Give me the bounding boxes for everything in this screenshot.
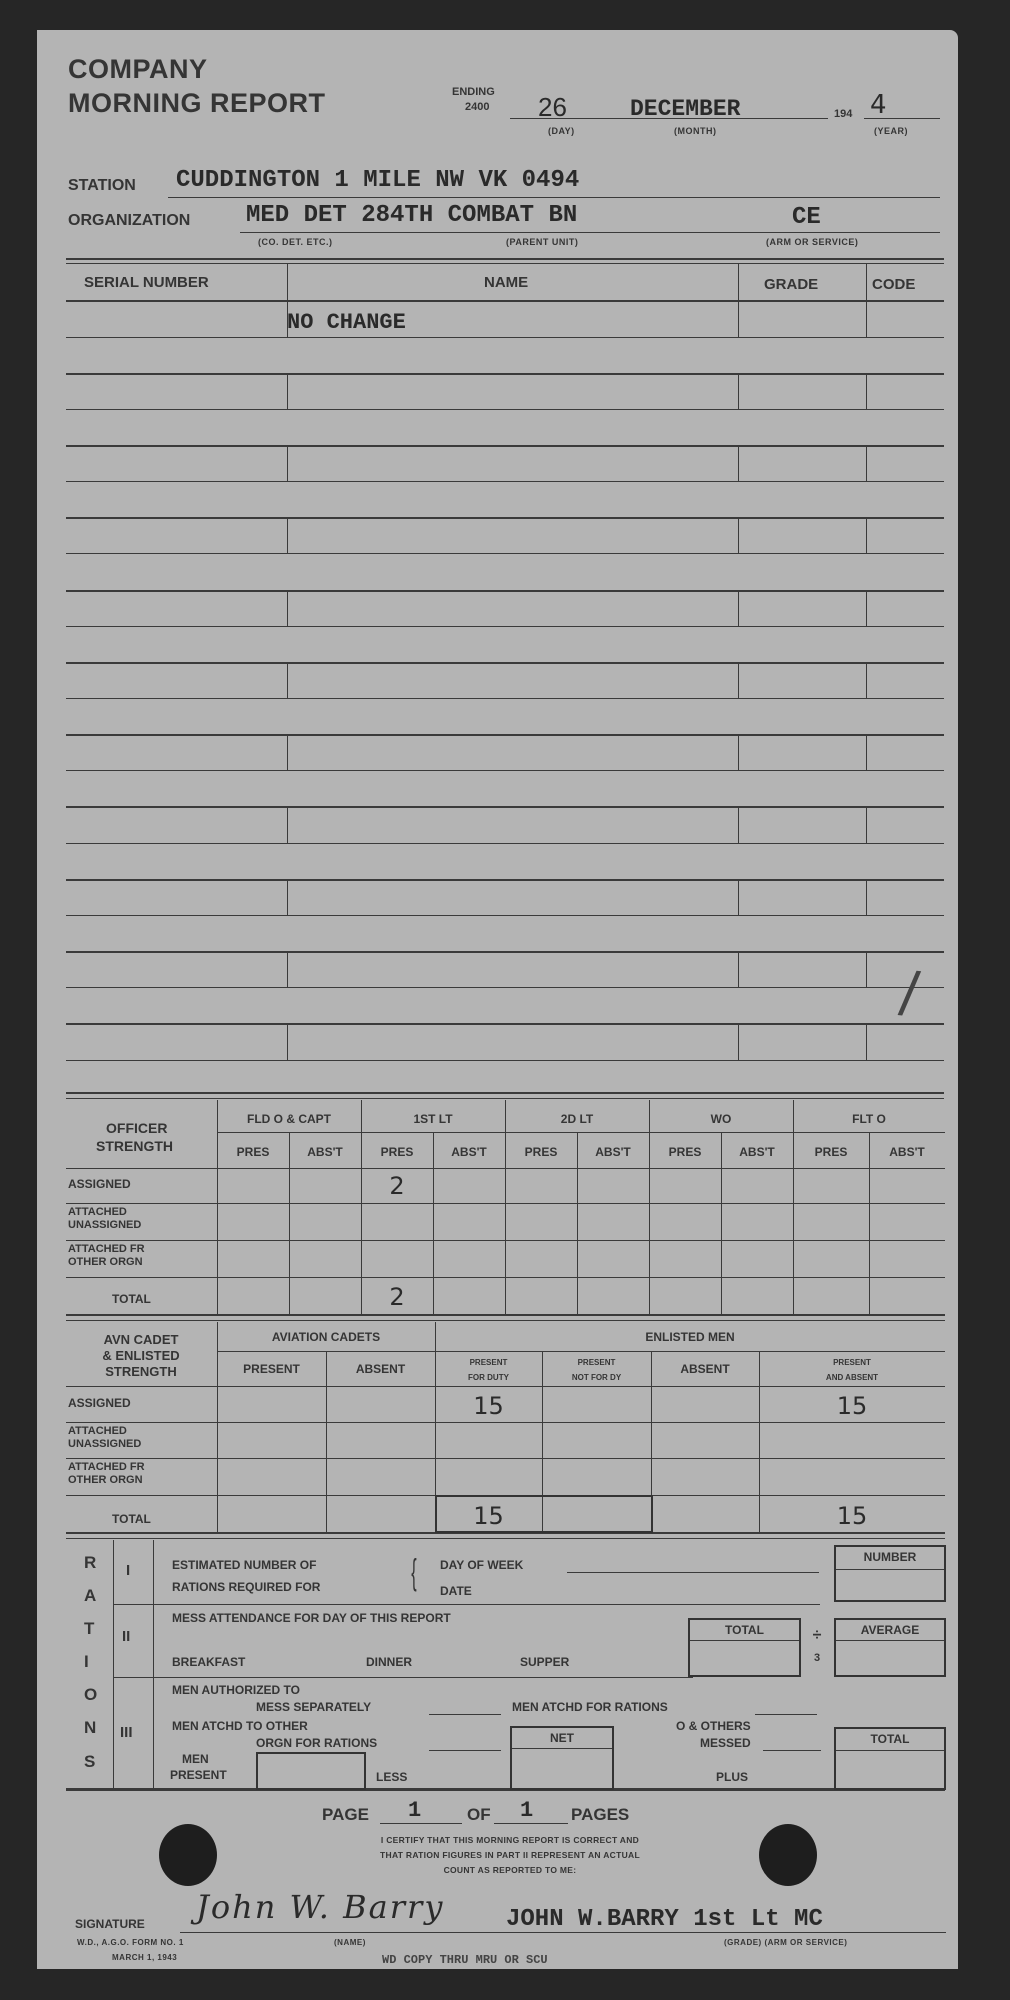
roster-rule	[66, 1060, 944, 1061]
rations-side-letter: R	[84, 1553, 96, 1573]
roster-divider	[287, 879, 288, 915]
divide-three: 3	[806, 1652, 828, 1664]
officer-subhead: PRES	[361, 1145, 433, 1159]
roster-bottom-rule	[66, 1092, 944, 1094]
enlisted-row-rule	[66, 1422, 945, 1423]
rations-side-letter: S	[84, 1752, 95, 1772]
rations-divider	[113, 1540, 114, 1790]
roster-divider	[287, 590, 288, 626]
est-rations-line1: ESTIMATED NUMBER OF	[172, 1558, 316, 1572]
atchd-other-field[interactable]	[429, 1750, 501, 1751]
certify-line: THAT RATION FIGURES IN PART II REPRESENT…	[380, 1850, 640, 1860]
roster-divider	[738, 517, 739, 553]
ending-time: 2400	[465, 101, 489, 113]
officer-bottom-rule-2	[66, 1320, 945, 1321]
officer-row-total: TOTAL	[112, 1292, 151, 1306]
label-line: UNASSIGNED	[68, 1219, 141, 1231]
roster-divider	[866, 590, 867, 626]
group-wo: WO	[649, 1112, 793, 1126]
o-others-line2: MESSED	[700, 1736, 751, 1750]
less-label: LESS	[376, 1770, 407, 1784]
rations-divider	[153, 1540, 154, 1790]
men-auth-line2: MESS SEPARATELY	[256, 1700, 371, 1714]
officer-subhead: PRES	[505, 1145, 577, 1159]
roster-rule	[66, 517, 944, 519]
officer-cell[interactable]: 2	[361, 1172, 433, 1200]
parent-caption: (PARENT UNIT)	[506, 237, 578, 247]
org-caption: (CO. DET. ETC.)	[258, 237, 333, 247]
month-value[interactable]: DECEMBER	[630, 96, 740, 122]
officer-row-assigned: ASSIGNED	[68, 1177, 131, 1191]
group-fld-o-capt: FLD O & CAPT	[217, 1112, 361, 1126]
enlisted-row-total: TOTAL	[112, 1512, 151, 1526]
station-value[interactable]: CUDDINGTON 1 MILE NW VK 0494	[176, 167, 579, 194]
roster-divider	[866, 1023, 867, 1060]
roster-rule	[66, 445, 944, 447]
officer-divider	[505, 1100, 506, 1316]
signature[interactable]: John W. Barry	[196, 1888, 444, 1926]
officer-divider	[869, 1133, 870, 1316]
station-underline	[168, 197, 940, 198]
roster-divider	[866, 662, 867, 698]
mess-total-label: TOTAL	[688, 1623, 801, 1637]
roster-divider	[866, 951, 867, 987]
page-number-underline	[380, 1823, 462, 1824]
grade-caption: (GRADE) (ARM OR SERVICE)	[724, 1938, 847, 1947]
number-label: NUMBER	[834, 1550, 946, 1564]
certify-line: I CERTIFY THAT THIS MORNING REPORT IS CO…	[381, 1835, 639, 1845]
men-present-line2: PRESENT	[170, 1768, 227, 1782]
roster-rule	[66, 734, 944, 736]
label-line: UNASSIGNED	[68, 1438, 141, 1450]
officer-group-rule	[217, 1132, 945, 1133]
roster-bottom-rule-2	[66, 1098, 944, 1099]
net-rule	[512, 1748, 612, 1749]
officer-cell[interactable]: 2	[361, 1283, 433, 1311]
officer-subhead: ABS'T	[289, 1145, 361, 1159]
pages-label: PAGES	[571, 1805, 629, 1825]
roster-divider	[866, 300, 867, 337]
month-caption: (MONTH)	[674, 126, 717, 136]
label-line: ATTACHED	[68, 1425, 127, 1437]
arm-value[interactable]: CE	[792, 204, 821, 231]
roster-rule	[66, 553, 944, 554]
punch-hole-left	[159, 1824, 217, 1886]
certification-text: I CERTIFY THAT THIS MORNING REPORT IS CO…	[200, 1833, 820, 1878]
col-grade: GRADE	[764, 276, 818, 293]
officer-divider	[433, 1133, 434, 1316]
enlisted-cell[interactable]: 15	[435, 1502, 542, 1530]
est-rations-line2: RATIONS REQUIRED FOR	[172, 1580, 320, 1594]
organization-value[interactable]: MED DET 284TH COMBAT BN	[246, 202, 577, 229]
rations-side-letter: T	[84, 1619, 94, 1639]
enlisted-divider	[217, 1322, 218, 1534]
roster-divider	[738, 734, 739, 770]
dinner-label: DINNER	[366, 1655, 412, 1669]
label-line: ATTACHED FR	[68, 1243, 145, 1255]
page-number[interactable]: 1	[408, 1798, 421, 1823]
roster-divider	[287, 734, 288, 770]
enlisted-cell[interactable]: 15	[759, 1392, 945, 1420]
roster-divider	[287, 517, 288, 553]
supper-label: SUPPER	[520, 1655, 569, 1669]
plus-label: PLUS	[716, 1770, 748, 1784]
net-label: NET	[510, 1731, 614, 1745]
part-2-numeral: II	[122, 1628, 130, 1645]
enlisted-divider	[326, 1352, 327, 1534]
men-present-line1: MEN	[182, 1752, 209, 1766]
page-label: PAGE	[322, 1805, 369, 1825]
roster-rule	[66, 409, 944, 410]
copy-note: WD COPY THRU MRU OR SCU	[382, 1953, 548, 1967]
col-name: NAME	[484, 274, 528, 291]
label-line: ATTACHED	[68, 1206, 127, 1218]
enlisted-row-assigned: ASSIGNED	[68, 1396, 131, 1410]
label-line: NOT FOR DY	[572, 1373, 621, 1382]
of-label: OF	[467, 1805, 491, 1825]
day-caption: (DAY)	[548, 126, 575, 136]
roster-rule	[66, 337, 944, 338]
form-title-line1: COMPANY	[68, 54, 208, 85]
officer-strength-label-2: STRENGTH	[96, 1138, 173, 1154]
ending-label: ENDING	[452, 86, 495, 98]
roster-rule	[66, 626, 944, 627]
roster-divider	[866, 806, 867, 843]
roster-divider	[866, 264, 867, 300]
roster-divider	[287, 1023, 288, 1060]
officer-divider	[577, 1133, 578, 1316]
rations-side-letter: N	[84, 1718, 96, 1738]
form-date: MARCH 1, 1943	[112, 1953, 177, 1962]
organization-underline	[240, 232, 940, 233]
officer-strength-label-1: OFFICER	[106, 1120, 167, 1136]
name-caption: (NAME)	[334, 1938, 366, 1947]
roster-top-rule	[66, 258, 944, 260]
rations-side-letter: O	[84, 1685, 97, 1705]
roster-rule	[66, 879, 944, 881]
enlisted-row-attached-unassigned: ATTACHEDUNASSIGNED	[68, 1425, 141, 1451]
enlisted-bottom-rule-2	[66, 1538, 945, 1539]
roster-rule	[66, 698, 944, 699]
enlisted-row-rule	[66, 1458, 945, 1459]
label-line: OTHER ORGN	[68, 1474, 143, 1486]
year-caption: (YEAR)	[874, 126, 908, 136]
col-cadet-present: PRESENT	[217, 1362, 326, 1376]
o-others-line1: O & OTHERS	[676, 1719, 751, 1733]
group-enlisted-men: ENLISTED MEN	[435, 1330, 945, 1344]
group-flt-o: FLT O	[793, 1112, 945, 1126]
rations-side-letter: A	[84, 1586, 96, 1606]
group-2d-lt: 2D LT	[505, 1112, 649, 1126]
officer-subhead: ABS'T	[869, 1145, 945, 1159]
roster-divider	[287, 373, 288, 409]
part-3-numeral: III	[120, 1724, 133, 1741]
roster-divider	[738, 879, 739, 915]
group-aviation-cadets: AVIATION CADETS	[217, 1330, 435, 1344]
roster-divider	[738, 806, 739, 843]
roster-divider	[866, 517, 867, 553]
average-rule	[836, 1640, 944, 1641]
roster-rule	[66, 662, 944, 664]
number-box-rule	[836, 1569, 944, 1570]
officer-divider	[649, 1100, 650, 1316]
roster-entry-name[interactable]: NO CHANGE	[287, 310, 406, 335]
day-of-week-label: DAY OF WEEK	[440, 1558, 523, 1572]
roster-divider	[866, 879, 867, 915]
total3-label: TOTAL	[834, 1732, 946, 1746]
rations-bottom-rule	[66, 1788, 945, 1791]
mess-attendance-label: MESS ATTENDANCE FOR DAY OF THIS REPORT	[172, 1611, 451, 1625]
col-serial-number: SERIAL NUMBER	[84, 274, 209, 291]
form-number: W.D., A.G.O. FORM NO. 1	[77, 1938, 184, 1947]
officer-subhead: PRES	[649, 1145, 721, 1159]
roster-divider	[738, 590, 739, 626]
roster-divider	[738, 1023, 739, 1060]
arm-caption: (ARM OR SERVICE)	[766, 237, 858, 247]
label-line: FOR DUTY	[468, 1373, 509, 1382]
col-present-and-absent: PRESENTAND ABSENT	[759, 1355, 945, 1385]
label-line: PRESENT	[578, 1358, 616, 1367]
officer-divider	[721, 1133, 722, 1316]
col-present-not-for-duty: PRESENTNOT FOR DY	[542, 1355, 651, 1385]
roster-divider	[287, 806, 288, 843]
roster-divider	[738, 373, 739, 409]
divide-sign: ÷	[806, 1627, 828, 1645]
enlisted-header-rule	[66, 1386, 945, 1387]
label-line: ATTACHED FR	[68, 1461, 145, 1473]
punch-hole-right	[759, 1824, 817, 1886]
form-title-line2: MORNING REPORT	[68, 88, 326, 119]
officer-subhead: ABS'T	[433, 1145, 505, 1159]
roster-rule	[66, 806, 944, 808]
men-atchd-rations-field[interactable]	[755, 1714, 817, 1715]
roster-rule	[66, 300, 944, 302]
rations-part-rule	[113, 1677, 693, 1678]
officer-subhead: ABS'T	[721, 1145, 793, 1159]
label-line: STRENGTH	[105, 1364, 177, 1379]
morning-report-form	[37, 30, 958, 1969]
roster-divider	[738, 445, 739, 481]
day-of-week-field[interactable]	[567, 1572, 819, 1573]
roster-rule	[66, 1023, 944, 1025]
officer-subhead: PRES	[793, 1145, 869, 1159]
signer-name-typed: JOHN W.BARRY 1st Lt MC	[506, 1906, 823, 1933]
officer-divider	[289, 1133, 290, 1316]
roster-divider	[287, 662, 288, 698]
part-1-numeral: I	[126, 1562, 130, 1579]
col-em-absent: ABSENT	[651, 1362, 759, 1376]
label-line: & ENLISTED	[102, 1348, 179, 1363]
enlisted-row-attached-other: ATTACHED FROTHER ORGN	[68, 1461, 145, 1487]
page-total-underline	[494, 1823, 568, 1824]
roster-divider	[866, 373, 867, 409]
men-atchd-other-line2: ORGN FOR RATIONS	[256, 1736, 377, 1750]
roster-rule	[66, 373, 944, 375]
average-label: AVERAGE	[834, 1623, 946, 1637]
roster-divider	[287, 264, 288, 300]
label-line: AND ABSENT	[826, 1373, 878, 1382]
men-present-box[interactable]	[256, 1752, 366, 1790]
rations-part-rule	[113, 1604, 820, 1605]
roster-rule	[66, 770, 944, 771]
roster-divider	[866, 734, 867, 770]
roster-rule	[66, 915, 944, 916]
enlisted-cell[interactable]: 15	[435, 1392, 542, 1420]
enlisted-strength-label: AVN CADET& ENLISTEDSTRENGTH	[86, 1332, 196, 1380]
roster-top-rule-2	[66, 263, 944, 264]
signature-label: SIGNATURE	[75, 1917, 145, 1931]
enlisted-cell[interactable]: 15	[759, 1502, 945, 1530]
year-prefix: 194	[834, 108, 852, 120]
label-line: AVN CADET	[104, 1332, 179, 1347]
label-line: PRESENT	[833, 1358, 871, 1367]
roster-rule	[66, 951, 944, 953]
breakfast-label: BREAKFAST	[172, 1655, 245, 1669]
officer-row-attached-other: ATTACHED FROTHER ORGN	[68, 1243, 145, 1269]
men-auth-line1: MEN AUTHORIZED TO	[172, 1683, 300, 1697]
officer-subhead: PRES	[217, 1145, 289, 1159]
mess-total-rule	[690, 1640, 799, 1641]
organization-label: ORGANIZATION	[68, 212, 190, 230]
roster-divider	[287, 445, 288, 481]
roster-divider	[738, 662, 739, 698]
roster-rule	[66, 481, 944, 482]
roster-divider	[287, 951, 288, 987]
roster-divider	[738, 951, 739, 987]
date-label: DATE	[440, 1584, 472, 1598]
col-present-for-duty: PRESENTFOR DUTY	[435, 1355, 542, 1385]
roster-rule	[66, 987, 944, 988]
label-line: OTHER ORGN	[68, 1256, 143, 1268]
mess-separately-field[interactable]	[429, 1714, 501, 1715]
roster-divider	[738, 264, 739, 300]
page-total[interactable]: 1	[520, 1798, 533, 1823]
o-others-field[interactable]	[763, 1750, 821, 1751]
officer-row-attached-unassigned: ATTACHEDUNASSIGNED	[68, 1206, 141, 1232]
officer-divider	[793, 1100, 794, 1316]
day-value[interactable]: 26	[538, 92, 567, 123]
total-box-rule	[836, 1750, 944, 1751]
col-code: CODE	[872, 276, 915, 293]
col-cadet-absent: ABSENT	[326, 1362, 435, 1376]
roster-rule	[66, 590, 944, 592]
roster-divider	[866, 445, 867, 481]
men-atchd-other-line1: MEN ATCHD TO OTHER	[172, 1719, 308, 1733]
station-label: STATION	[68, 177, 136, 195]
label-line: PRESENT	[470, 1358, 508, 1367]
rations-side-letter: I	[84, 1652, 89, 1672]
officer-subhead: ABS'T	[577, 1145, 649, 1159]
enlisted-group-rule	[217, 1351, 945, 1352]
brace: {	[411, 1551, 416, 1593]
year-value[interactable]: 4	[870, 90, 887, 120]
certify-line: COUNT AS REPORTED TO ME:	[444, 1865, 577, 1875]
men-atchd-rations-label: MEN ATCHD FOR RATIONS	[512, 1700, 668, 1714]
roster-divider	[738, 300, 739, 337]
roster-rule	[66, 843, 944, 844]
group-1st-lt: 1ST LT	[361, 1112, 505, 1126]
